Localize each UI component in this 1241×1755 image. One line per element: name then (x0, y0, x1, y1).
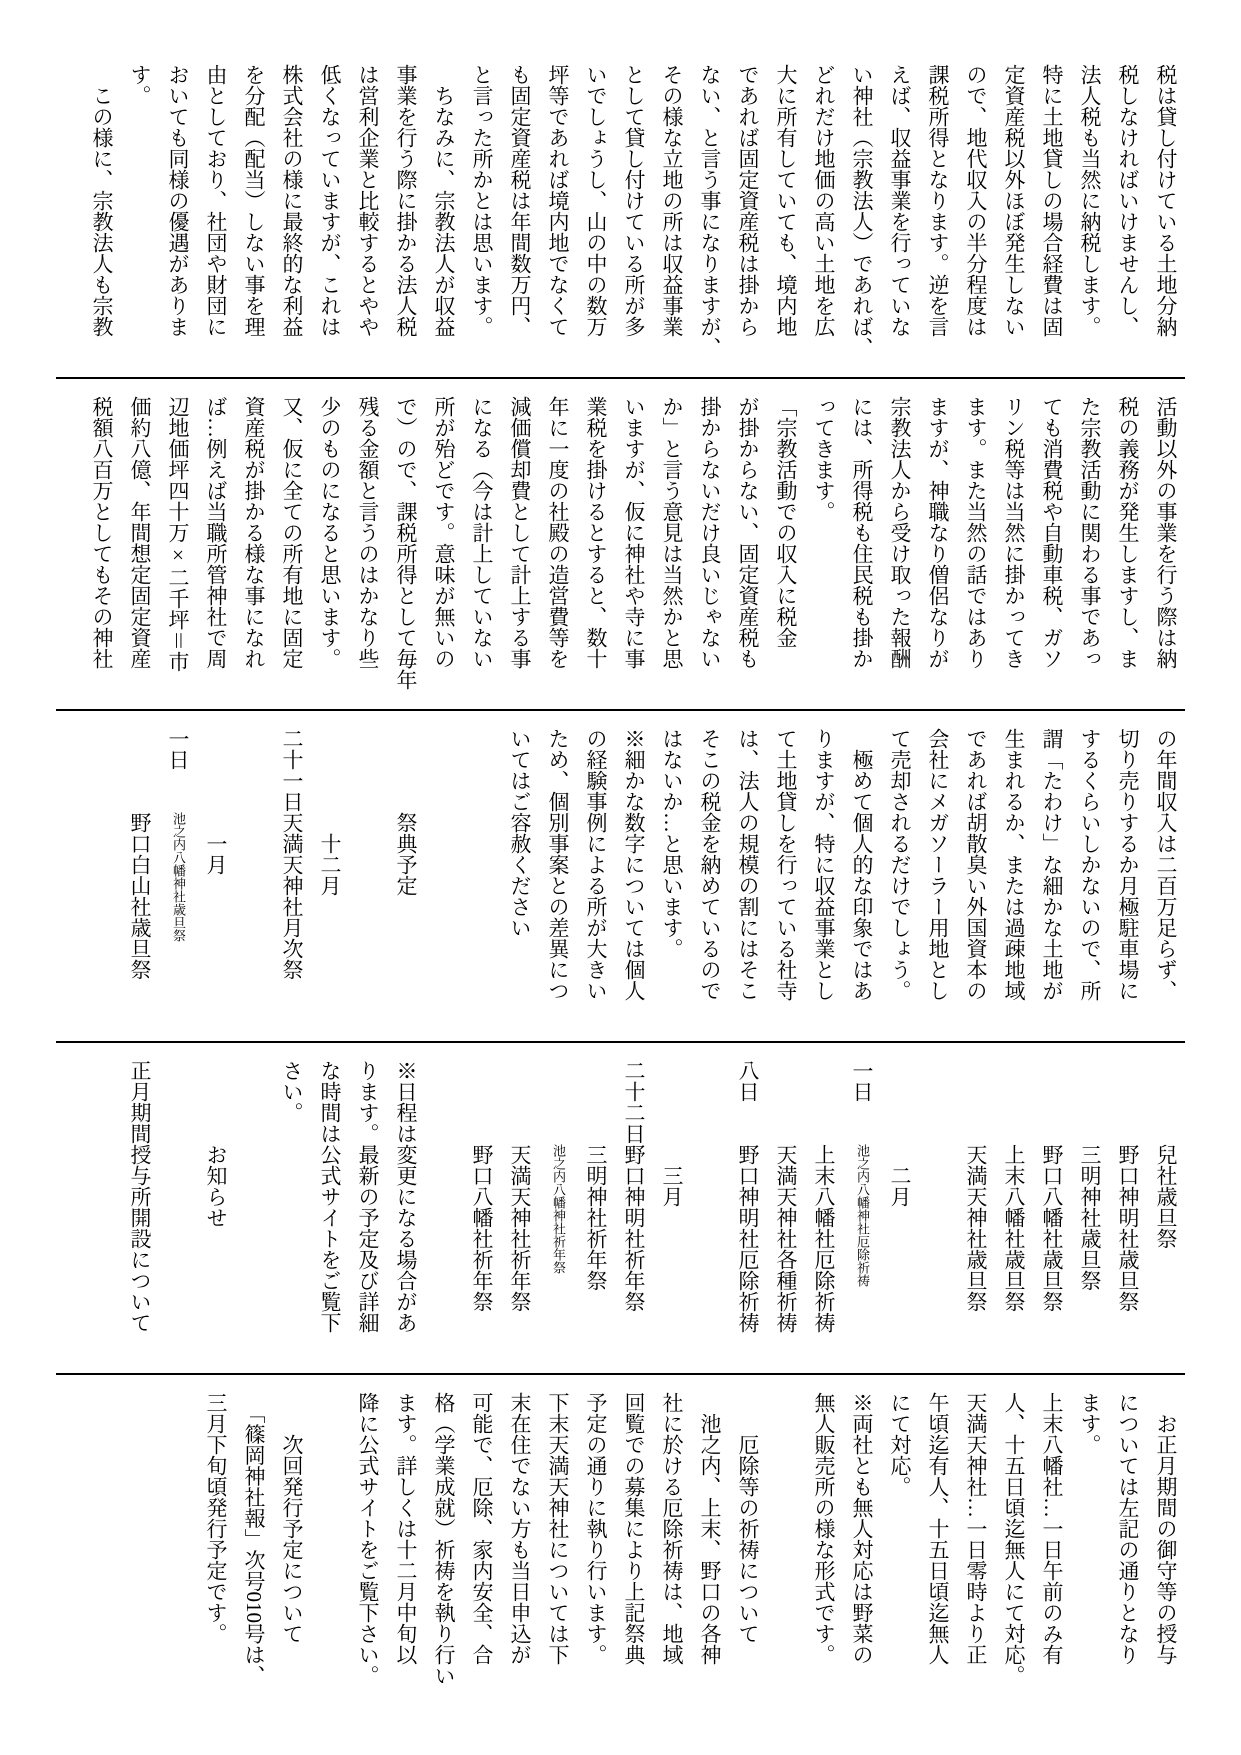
text-column: 二十二日野口神明社祈年祭 (615, 1060, 653, 1356)
text-column: て土地貸しを行っている社寺 (767, 728, 805, 1024)
text-column: 税は貸し付けている土地分納 (1147, 64, 1185, 360)
text-column: であれば胡散臭い外国資本の (957, 728, 995, 1024)
text-column: 又、仮に全ての所有地に固定 (273, 396, 311, 692)
text-column: 切り売りするか月極駐車場に (1109, 728, 1147, 1024)
section-divider-2 (56, 709, 1185, 711)
section-divider-1 (56, 377, 1185, 379)
text-column: ※細かな数字については個人 (615, 728, 653, 1024)
text-band-tax-article-2: 活動以外の事業を行う際は納税の義務が発生しますし、また宗教活動に関わる事であって… (56, 396, 1185, 692)
text-column: 三月 (653, 1060, 691, 1356)
text-column: 人、十五日頃迄無人にて対応。 (995, 1392, 1033, 1688)
text-column: いてはご容赦ください (501, 728, 539, 1024)
text-column: か」と言う意見は当然かと思 (653, 396, 691, 692)
text-column (159, 1060, 197, 1356)
text-column: 一日 池之内八幡神社歳旦祭 (159, 728, 197, 1024)
text-column: 税の義務が発生しますし、ま (1109, 396, 1147, 692)
text-column: ても消費税や自動車税、ガソ (1033, 396, 1071, 692)
text-column: 野口八幡社祈年祭 (463, 1060, 501, 1356)
text-column: 正月期間授与所開設について (121, 1060, 159, 1356)
text-column (235, 728, 273, 1024)
text-column: ますが、神職なり僧侶なりが (919, 396, 957, 692)
text-column: ってきます。 (805, 396, 843, 692)
text-column: い神社（宗教法人）であれば、 (843, 64, 881, 360)
text-column: 極めて個人的な印象ではあ (843, 728, 881, 1024)
text-column: ます。 (1071, 1392, 1109, 1688)
text-column: 無人販売所の様な形式です。 (805, 1392, 843, 1688)
text-column: 二月 (881, 1060, 919, 1356)
text-column: いでしょうし、山の中の数万 (577, 64, 615, 360)
text-column: そこの税金を納めているので (691, 728, 729, 1024)
text-column: 天満天神社歳旦祭 (957, 1060, 995, 1356)
text-column: 三明神社祈年祭 (577, 1060, 615, 1356)
text-column: も固定資産税は年間数万円、 (501, 64, 539, 360)
text-column: この様に、宗教法人も宗教 (83, 64, 121, 360)
text-column: ます。詳しくは十二月中旬以 (387, 1392, 425, 1688)
text-column: 大に所有していても、境内地 (767, 64, 805, 360)
text-column: 由としており、社団や財団に (197, 64, 235, 360)
text-column: 少のものになると思います。 (311, 396, 349, 692)
text-column (919, 1060, 957, 1356)
text-column: さい。 (273, 1060, 311, 1356)
text-column: す。 (121, 64, 159, 360)
text-column: 法人税も当然に納税します。 (1071, 64, 1109, 360)
text-column: 残る金額と言うのはかなり些 (349, 396, 387, 692)
text-column: には、所得税も住民税も掛か (843, 396, 881, 692)
text-column: て売却されるだけでしょう。 (881, 728, 919, 1024)
text-column: するくらいしかないので、所 (1071, 728, 1109, 1024)
text-column: は営利企業と比較するとやや (349, 64, 387, 360)
small-text: 池之内八幡神社厄除祈祷 (855, 1144, 870, 1287)
text-column: にて対応。 (881, 1392, 919, 1688)
text-column: 一日 池之内八幡神社厄除祈祷 (843, 1060, 881, 1356)
text-column: 八日 野口神明社厄除祈祷 (729, 1060, 767, 1356)
text-column: の年間収入は二百万足らず、 (1147, 728, 1185, 1024)
text-column: ため、個別事案との差異につ (539, 728, 577, 1024)
text-column: 野口八幡社歳旦祭 (1033, 1060, 1071, 1356)
text-column: お知らせ (197, 1060, 235, 1356)
text-column: であれば固定資産税は掛から (729, 64, 767, 360)
text-column: 坪等であれば境内地でなくて (539, 64, 577, 360)
small-text: 池之内八幡神社歳旦祭 (171, 812, 186, 942)
text-column: 低くなっていますが、これは (311, 64, 349, 360)
text-column (463, 728, 501, 1024)
text-column: 社に於ける厄除祈祷は、地域 (653, 1392, 691, 1688)
text-column: ※両社とも無人対応は野菜の (843, 1392, 881, 1688)
text-column: 掛からないだけ良いじゃない (691, 396, 729, 692)
text-column: 減価償却費として計上する事 (501, 396, 539, 692)
text-column (235, 1060, 273, 1356)
text-column: 厄除等の祈祷について (729, 1392, 767, 1688)
text-column: 所が殆どです。意味が無いの (425, 396, 463, 692)
text-column: の経験事例による所が大きい (577, 728, 615, 1024)
text-column: リン税等は当然に掛かってき (995, 396, 1033, 692)
text-column: 株式会社の様に最終的な利益 (273, 64, 311, 360)
text-column: えば、収益事業を行っていな (881, 64, 919, 360)
section-divider-4 (56, 1373, 1185, 1375)
text-column: 兒社歳旦祭 (1147, 1060, 1185, 1356)
text-column: どれだけ地価の高い土地を広 (805, 64, 843, 360)
text-column: 業税を掛けるとすると、数十 (577, 396, 615, 692)
text-column: 上末八幡社…一日午前のみ有 (1033, 1392, 1071, 1688)
text-column: ※日程は変更になる場合があ (387, 1060, 425, 1356)
text-band-tax-article-3-and-festival-schedule: の年間収入は二百万足らず、切り売りするか月極駐車場にするくらいしかないので、所謂… (56, 728, 1185, 1024)
text-column: 末在住でない方も当日申込が (501, 1392, 539, 1688)
text-column: 会社にメガソーラー用地とし (919, 728, 957, 1024)
text-column: と言った所かとは思います。 (463, 64, 501, 360)
text-column: 天満天神社各種祈祷 (767, 1060, 805, 1356)
text-column: 税額八百万としてもその神社 (83, 396, 121, 692)
text-column: 三月下旬頃発行予定です。 (197, 1392, 235, 1688)
text-column: 午頃迄有人、十五日頃迄無人 (919, 1392, 957, 1688)
text-column: 格（学業成就）祈祷を執り行い (425, 1392, 463, 1688)
text-column: 上末八幡社厄除祈祷 (805, 1060, 843, 1356)
text-column: 「篠岡神社報」次号010号は、 (235, 1392, 273, 1688)
text-column: 価約八億、年間想定固定資産 (121, 396, 159, 692)
text-column: りますが、特に収益事業とし (805, 728, 843, 1024)
text-column: 十二月 (311, 728, 349, 1024)
text-column: 年に一度の社殿の造営費等を (539, 396, 577, 692)
text-column: その様な立地の所は収益事業 (653, 64, 691, 360)
text-column: が掛からない、固定資産税も (729, 396, 767, 692)
text-band-festival-schedule-and-notice: 兒社歳旦祭 野口神明社歳旦祭 三明神社歳旦祭 野口八幡社歳旦祭 上末八幡社歳旦祭… (56, 1060, 1185, 1356)
text-column: 事業を行う際に掛かる法人税 (387, 64, 425, 360)
text-column: 定資産税以外ほぼ発生しない (995, 64, 1033, 360)
text-column: 天満天神社…一日零時より正 (957, 1392, 995, 1688)
text-column: で）ので、課税所得として毎年 (387, 396, 425, 692)
text-column: ます。また当然の話ではあり (957, 396, 995, 692)
text-column: 池之内八幡神社祈年祭 (539, 1060, 577, 1356)
text-column: として貸し付けている所が多 (615, 64, 653, 360)
text-column: 祭典予定 (387, 728, 425, 1024)
text-column: 二十一日天満天神社月次祭 (273, 728, 311, 1024)
text-column: ります。最新の予定及び詳細 (349, 1060, 387, 1356)
text-column: は、法人の規模の割にはそこ (729, 728, 767, 1024)
normal-text: 一日 (850, 1060, 874, 1144)
text-column: はないか…と思います。 (653, 728, 691, 1024)
text-column (425, 728, 463, 1024)
text-column: 上末八幡社歳旦祭 (995, 1060, 1033, 1356)
text-column: 謂「たわけ」な細かな土地が (1033, 728, 1071, 1024)
text-column: お正月期間の御守等の授与 (1147, 1392, 1185, 1688)
normal-text: 一日 (166, 728, 190, 812)
text-column (311, 1392, 349, 1688)
text-column: な時間は公式サイトをご覧下 (311, 1060, 349, 1356)
text-column: 辺地価坪四十万×二千坪＝市 (159, 396, 197, 692)
small-text: 池之内八幡神社祈年祭 (551, 1144, 566, 1274)
text-column: 下末天満天神社については下 (539, 1392, 577, 1688)
section-divider-3 (56, 1041, 1185, 1043)
text-column: 生まれるか、または過疎地域 (995, 728, 1033, 1024)
text-column: ない、と言う事になりますが、 (691, 64, 729, 360)
text-column: 降に公式サイトをご覧下さい。 (349, 1392, 387, 1688)
text-column: 三明神社歳旦祭 (1071, 1060, 1109, 1356)
text-column: 資産税が掛かる様な事になれ (235, 396, 273, 692)
text-column: 活動以外の事業を行う際は納 (1147, 396, 1185, 692)
text-column: いますが、仮に神社や寺に事 (615, 396, 653, 692)
text-band-tax-article-1: 税は貸し付けている土地分納税しなければいけませんし、法人税も当然に納税します。特… (56, 64, 1185, 360)
text-column: 次回発行予定について (273, 1392, 311, 1688)
newsletter-page: 税は貸し付けている土地分納税しなければいけませんし、法人税も当然に納税します。特… (0, 0, 1241, 1755)
text-column: 天満天神社祈年祭 (501, 1060, 539, 1356)
text-column: 「宗教活動での収入に税金 (767, 396, 805, 692)
text-column (349, 728, 387, 1024)
text-band-notices-and-next-issue: お正月期間の御守等の授与については左記の通りとなります。上末八幡社…一日午前のみ… (56, 1392, 1185, 1688)
text-column: を分配（配当）しない事を理 (235, 64, 273, 360)
text-column (767, 1392, 805, 1688)
text-column: 回覧での募集により上記祭典 (615, 1392, 653, 1688)
text-column: 税しなければいけませんし、 (1109, 64, 1147, 360)
text-column: 野口白山社歳旦祭 (121, 728, 159, 1024)
text-column: た宗教活動に関わる事であっ (1071, 396, 1109, 692)
text-column: 可能で、厄除、家内安全、合 (463, 1392, 501, 1688)
text-column: 池之内、上末、野口の各神 (691, 1392, 729, 1688)
text-column: 特に土地貸しの場合経費は固 (1033, 64, 1071, 360)
text-column: ので、地代収入の半分程度は (957, 64, 995, 360)
text-column: 宗教法人から受け取った報酬 (881, 396, 919, 692)
text-column (691, 1060, 729, 1356)
text-column: 野口神明社歳旦祭 (1109, 1060, 1147, 1356)
text-column (425, 1060, 463, 1356)
text-column: ちなみに、宗教法人が収益 (425, 64, 463, 360)
text-column: については左記の通りとなり (1109, 1392, 1147, 1688)
text-column: ば…例えば当職所管神社で周 (197, 396, 235, 692)
normal-text (546, 1060, 570, 1144)
text-column: 一月 (197, 728, 235, 1024)
text-column: 課税所得となります。逆を言 (919, 64, 957, 360)
text-column: になる（今は計上していない (463, 396, 501, 692)
text-column: おいても同様の優遇がありま (159, 64, 197, 360)
text-column: 予定の通りに執り行います。 (577, 1392, 615, 1688)
